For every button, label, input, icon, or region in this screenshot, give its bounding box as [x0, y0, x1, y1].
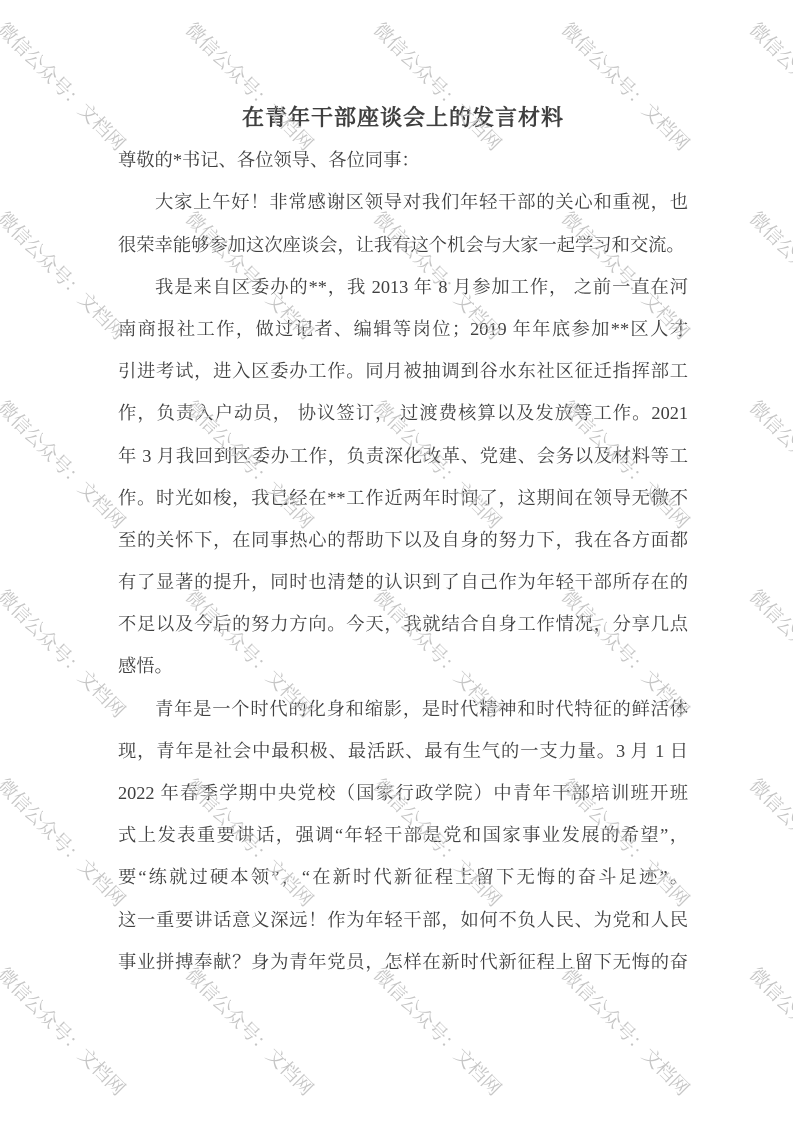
text-line: 要“练就过硬本领”，“在新时代新征程上留下无悔的奋斗足迹”。 [118, 856, 688, 898]
watermark-text: 微信公众号：文档网 [746, 587, 793, 721]
paragraph: 青年是一个时代的化身和缩影，是时代精神和时代特征的鲜活体现，青年是社会中最积极、… [118, 688, 688, 983]
text-line: 有了显著的提升，同时也清楚的认识到了自己作为年轻干部所存在的 [118, 561, 688, 603]
watermark-text: 微信公众号：文档网 [0, 20, 128, 154]
text-line: 年 3 月我回到区委办工作，负责深化改革、党建、会务以及材料等工 [118, 435, 688, 477]
text-line: 不足以及今后的努力方向。今天，我就结合自身工作情况，分享几点 [118, 603, 688, 645]
watermark-text: 微信公众号：文档网 [0, 587, 128, 721]
watermark-text: 微信公众号：文档网 [746, 776, 793, 910]
watermark-text: 微信公众号：文档网 [0, 398, 128, 532]
watermark-text: 微信公众号：文档网 [370, 965, 504, 1099]
text-line: 南商报社工作，做过记者、编辑等岗位；2019 年年底参加**区人才 [118, 308, 688, 350]
text-line: 青年是一个时代的化身和缩影，是时代精神和时代特征的鲜活体 [118, 688, 688, 730]
watermark-text: 微信公众号：文档网 [746, 209, 793, 343]
paragraph: 大家上午好！非常感谢区领导对我们年轻干部的关心和重视，也很荣幸能够参加这次座谈会… [118, 181, 688, 265]
watermark-text: 微信公众号：文档网 [746, 398, 793, 532]
text-line: 作。时光如梭，我已经在**工作近两年时间了，这期间在领导无微不 [118, 477, 688, 519]
document-body: 大家上午好！非常感谢区领导对我们年轻干部的关心和重视，也很荣幸能够参加这次座谈会… [118, 181, 688, 983]
text-line: 这一重要讲话意义深远！作为年轻干部，如何不负人民、为党和人民 [118, 899, 688, 941]
watermark-text: 微信公众号：文档网 [0, 209, 128, 343]
text-line: 很荣幸能够参加这次座谈会，让我有这个机会与大家一起学习和交流。 [118, 224, 688, 266]
text-line: 作，负责入户动员， 协议签订， 过渡费核算以及发放等工作。2021 [118, 392, 688, 434]
watermark-text: 微信公众号：文档网 [182, 965, 316, 1099]
text-line: 我是来自区委办的**，我 2013 年 8 月参加工作， 之前一直在河 [118, 266, 688, 308]
text-line: 式上发表重要讲话，强调“年轻干部是党和国家事业发展的希望”， [118, 814, 688, 856]
text-line: 引进考试，进入区委办工作。同月被抽调到谷水东社区征迁指挥部工 [118, 350, 688, 392]
salutation-line: 尊敬的*书记、各位领导、各位同事： [118, 139, 688, 181]
document-title: 在青年干部座谈会上的发言材料 [118, 97, 688, 139]
text-line: 感悟。 [118, 645, 688, 687]
watermark-text: 微信公众号：文档网 [746, 965, 793, 1099]
watermark-text: 微信公众号：文档网 [558, 965, 692, 1099]
text-line: 大家上午好！非常感谢区领导对我们年轻干部的关心和重视，也 [118, 181, 688, 223]
watermark-text: 微信公众号：文档网 [0, 965, 128, 1099]
watermark-text: 微信公众号：文档网 [0, 776, 128, 910]
document-content: 在青年干部座谈会上的发言材料 尊敬的*书记、各位领导、各位同事： 大家上午好！非… [118, 97, 688, 983]
text-line: 至的关怀下，在同事热心的帮助下以及自身的努力下，我在各方面都 [118, 519, 688, 561]
text-line: 现，青年是社会中最积极、最活跃、最有生气的一支力量。3 月 1 日 [118, 730, 688, 772]
text-line: 事业拼搏奉献？身为青年党员，怎样在新时代新征程上留下无悔的奋 [118, 941, 688, 983]
watermark-text: 微信公众号：文档网 [746, 20, 793, 154]
text-line: 2022 年春季学期中央党校（国家行政学院）中青年干部培训班开班 [118, 772, 688, 814]
document-page: 微信公众号：文档网微信公众号：文档网微信公众号：文档网微信公众号：文档网微信公众… [0, 0, 793, 1122]
paragraph: 我是来自区委办的**，我 2013 年 8 月参加工作， 之前一直在河南商报社工… [118, 266, 688, 688]
